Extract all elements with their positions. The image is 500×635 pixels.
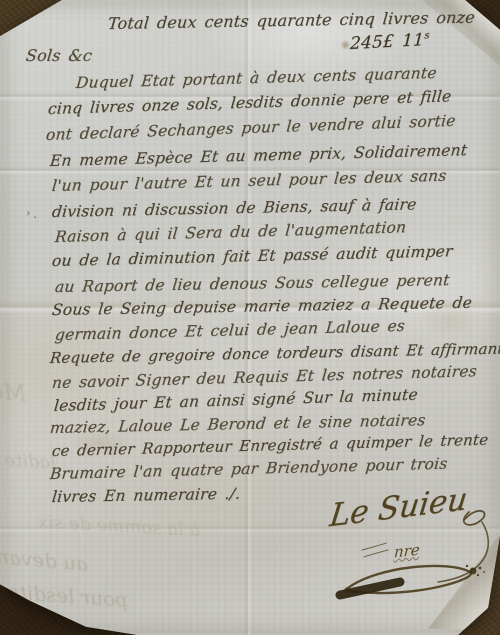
bleed-text: Monspais bbox=[0, 375, 27, 407]
bleed-text: pour lesdits trois livres bbox=[0, 572, 129, 612]
total-line-continuation: Sols &c bbox=[25, 46, 93, 65]
bleed-text: au devant de lad. bbox=[0, 537, 89, 576]
amount-figure: 245£ 11s bbox=[349, 30, 429, 54]
bleed-text: à la somme de six bbox=[37, 512, 200, 541]
manuscript-line: l'un pour l'autre Et un seul pour les de… bbox=[51, 167, 447, 195]
amount-value: 245£ 11 bbox=[349, 30, 424, 54]
manuscript-line: Brumaire l'an quatre par Briendyone pour… bbox=[49, 455, 448, 483]
total-line: Total deux cents quarante cinq livres on… bbox=[107, 8, 476, 33]
manuscript-line: ou de la diminution fait Et passé audit … bbox=[51, 242, 453, 270]
paper-shadow-wrap: quittance Répondre Lemanis germain p. la… bbox=[0, 0, 500, 635]
manuscript-line: Raison à qui il Sera du de l'augmentatio… bbox=[54, 218, 407, 246]
bleed-text: ladite maison bbox=[0, 448, 56, 473]
amount-unit-sols: s bbox=[424, 30, 430, 41]
photo-background: quittance Répondre Lemanis germain p. la… bbox=[0, 0, 500, 635]
margin-mark: › . bbox=[25, 205, 39, 222]
manuscript-line: ont declaré Sechanges pour le vendre alu… bbox=[45, 112, 456, 144]
signature-block: Le Suieu nre bbox=[326, 496, 500, 626]
signature-title-notaire: nre bbox=[393, 541, 420, 562]
manuscript-line: Sous le Seing depuise marie maziez a Req… bbox=[51, 294, 473, 319]
manuscript-line: livres En numeraire ./. bbox=[51, 485, 241, 506]
manuscript-line: germain donce Et celui de jean Laloue es bbox=[54, 317, 406, 344]
manuscript-paper: quittance Répondre Lemanis germain p. la… bbox=[0, 0, 500, 635]
manuscript-line: Duquel Etat portant à deux cents quarant… bbox=[75, 64, 437, 92]
manuscript-line: division ni discussion de Biens, sauf à … bbox=[51, 195, 417, 221]
manuscript-line: En meme Espèce Et au meme prix, Solidair… bbox=[49, 141, 468, 170]
manuscript-line: au Raport de lieu denous Sous cellegue p… bbox=[54, 271, 451, 296]
